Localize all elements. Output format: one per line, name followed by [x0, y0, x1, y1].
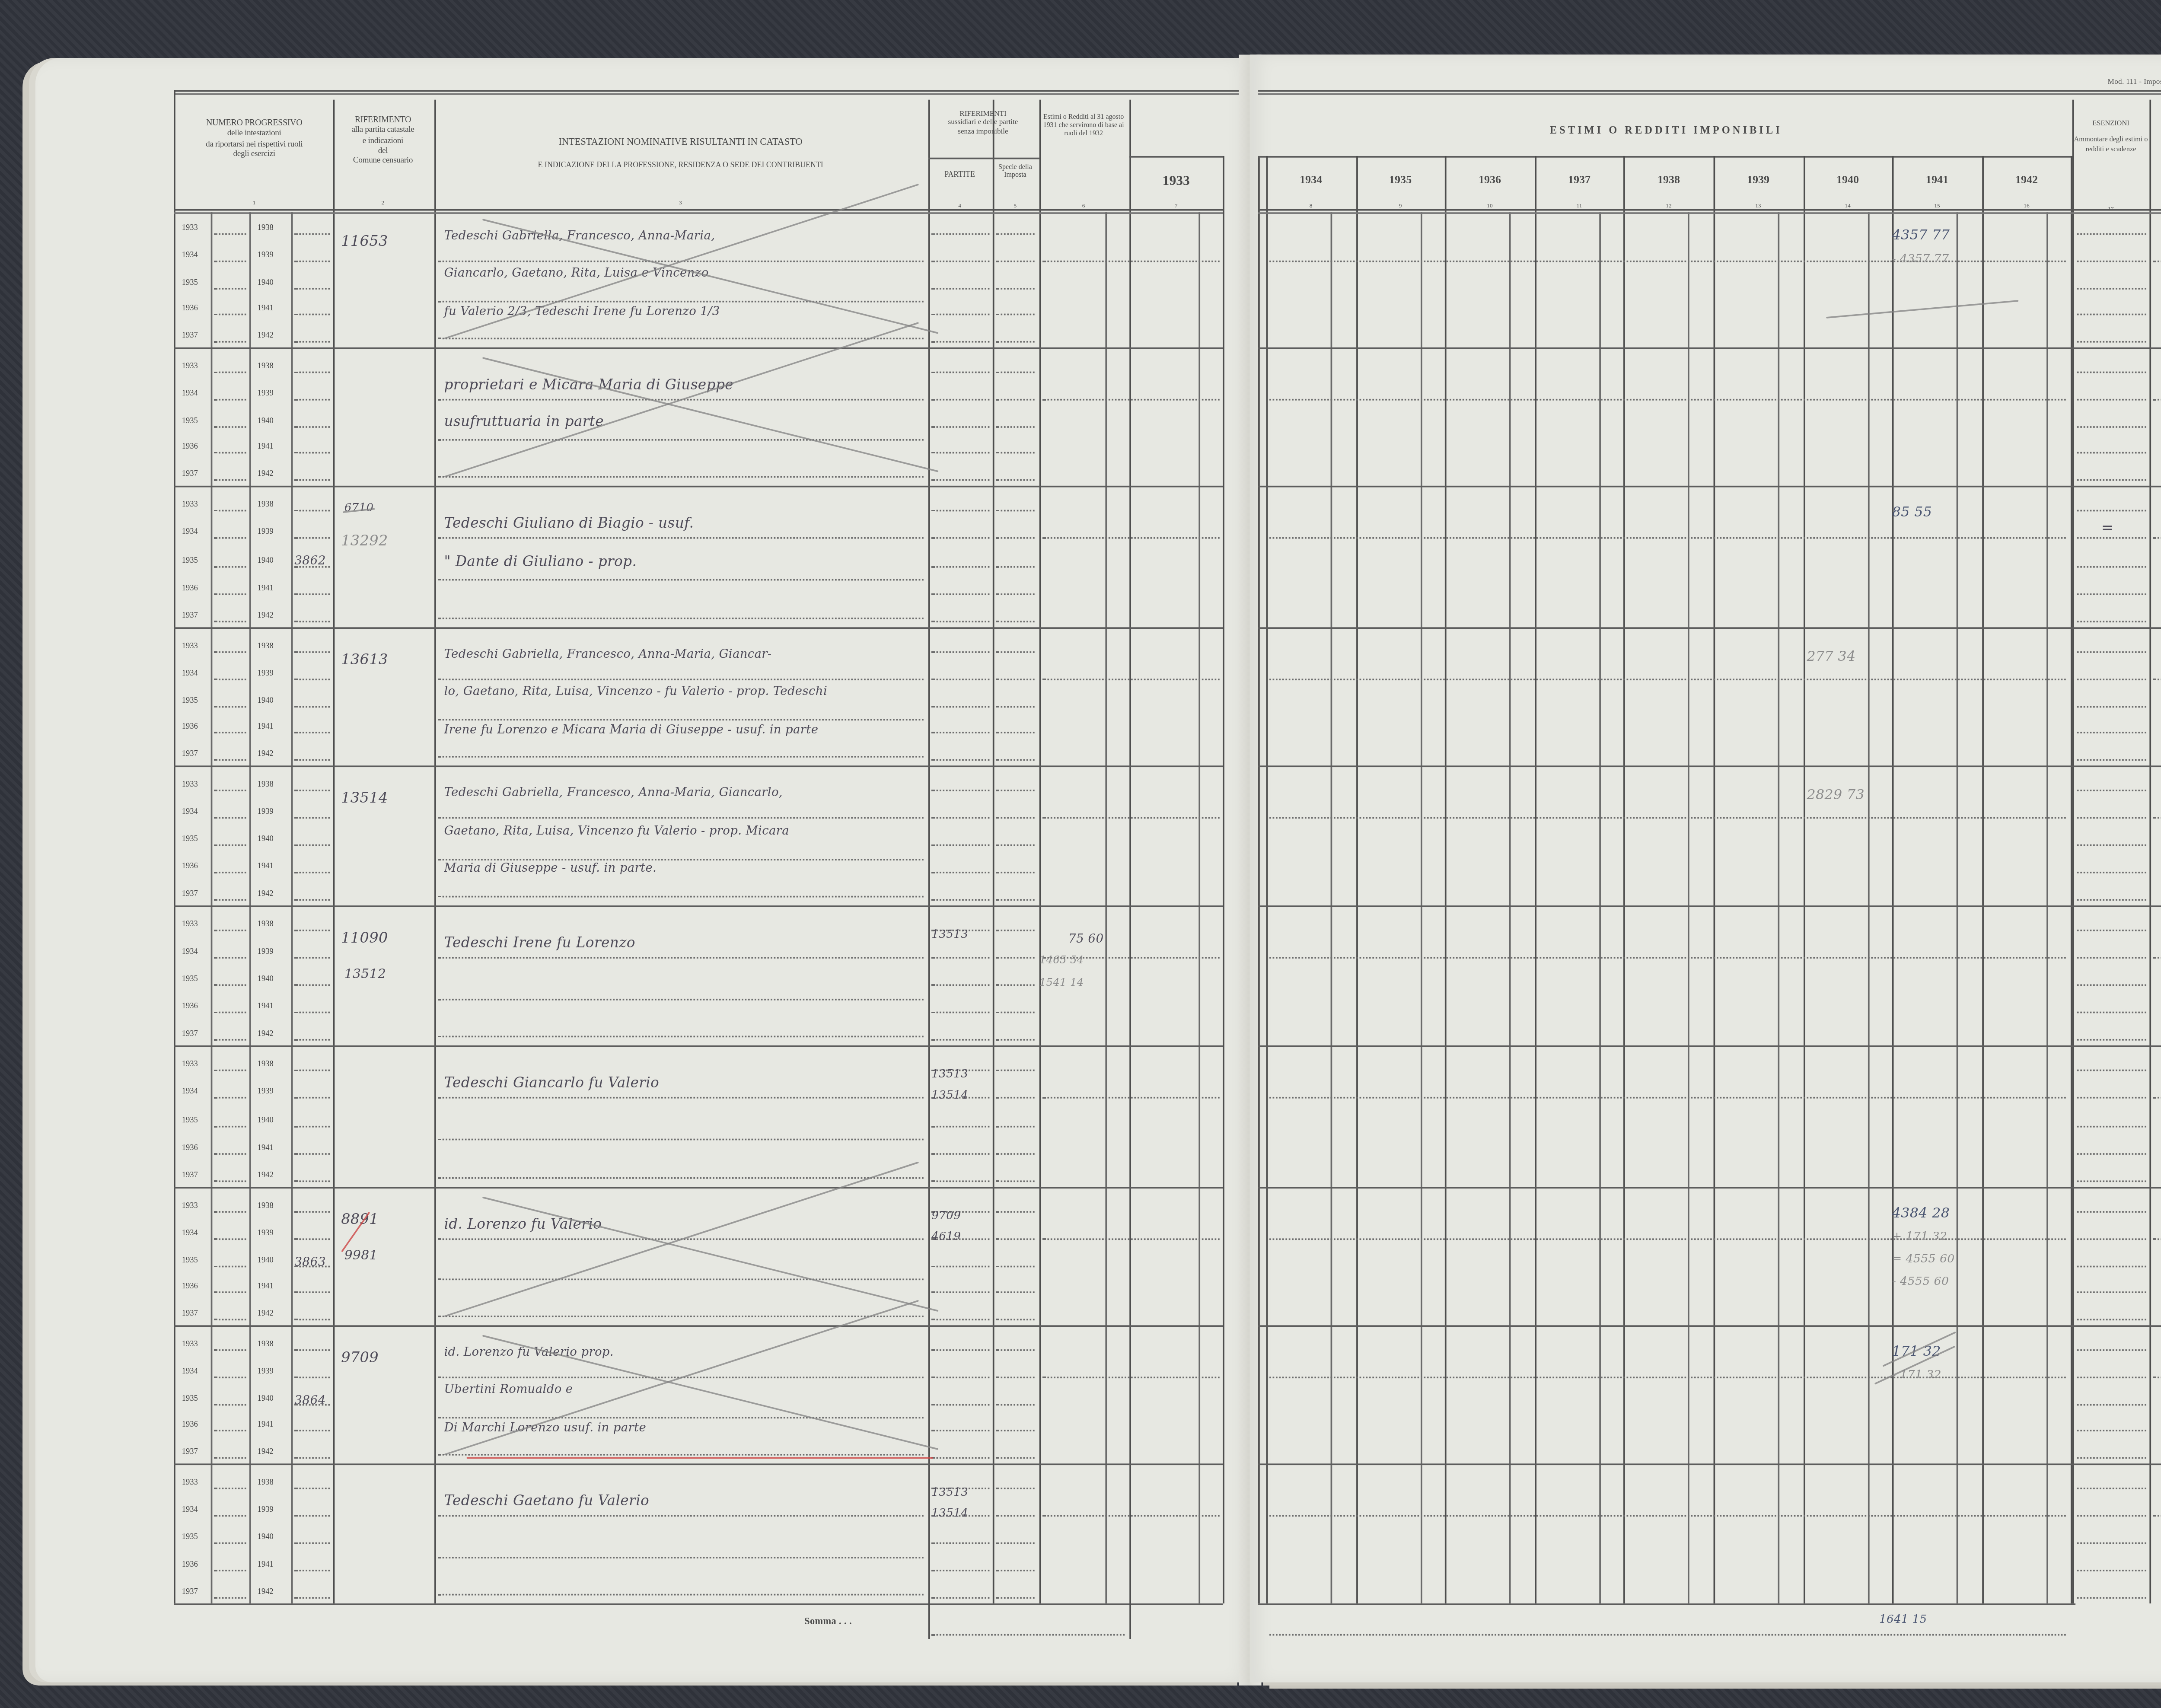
dotted-leader: [931, 1039, 989, 1041]
year-label-right: 1938: [258, 502, 274, 510]
dotted-leader: [214, 398, 246, 400]
dotted-leader: [214, 957, 246, 959]
section-rule-right: [1258, 765, 2161, 767]
dotted-leader: [294, 452, 330, 454]
value-guide: [1042, 260, 1219, 262]
year-label-right: 1941: [258, 1284, 274, 1292]
year-label-right: 1942: [258, 333, 274, 341]
year-label-right: 1939: [258, 1507, 274, 1515]
dotted-leader: [996, 1403, 1034, 1405]
right-page: [1250, 55, 2161, 1683]
year-label-right: 1942: [258, 1311, 274, 1319]
value-1941: 85 55: [1892, 505, 1932, 521]
dotted-leader: [214, 1265, 246, 1267]
year-label-left: 1936: [182, 445, 198, 453]
dotted-leader: [214, 510, 246, 512]
dotted-leader: [996, 957, 1034, 959]
dotted-leader: [2077, 565, 2146, 567]
col5-number: 5: [993, 203, 1038, 209]
text-guide: [438, 618, 924, 619]
year-label-left: 1937: [182, 1589, 198, 1597]
dotted-leader: [931, 621, 989, 623]
dotted-leader: [996, 679, 1034, 680]
year-label-left: 1935: [182, 279, 198, 287]
dotted-leader: [294, 314, 330, 316]
year-label-left: 1933: [182, 502, 198, 510]
partite-ref: 13513: [931, 1486, 968, 1499]
footer-note-1941: 1641 15: [1879, 1613, 1927, 1626]
col4-number: 4: [928, 203, 991, 209]
dotted-leader: [294, 1570, 330, 1571]
year-label-left: 1934: [182, 1368, 198, 1377]
value-guide: [1042, 679, 1219, 680]
dotted-leader: [294, 287, 330, 289]
dotted-leader: [294, 930, 330, 931]
dotted-leader: [2077, 1125, 2146, 1127]
dotted-leader: [2077, 930, 2146, 931]
year-col-number: 14: [1803, 203, 1893, 209]
year-label-right: 1940: [258, 976, 274, 985]
year-label-left: 1936: [182, 1562, 198, 1570]
somma-divider: [928, 1603, 930, 1639]
year-label-left: 1934: [182, 1507, 198, 1515]
year-header-1937: 1937: [1535, 174, 1624, 187]
year-header-1941: 1941: [1892, 174, 1982, 187]
dotted-leader: [214, 790, 246, 791]
year-label-left: 1934: [182, 391, 198, 399]
year-col-number: 10: [1445, 203, 1535, 209]
dotted-leader: [214, 1377, 246, 1378]
section-rule-left: [174, 1187, 1223, 1189]
cents-divider: [1599, 212, 1601, 1603]
dotted-leader: [996, 1039, 1034, 1041]
col17-title: ESENZIONI: [2072, 119, 2150, 127]
dotted-leader: [214, 1457, 246, 1459]
dotted-leader: [996, 538, 1034, 539]
dotted-leader: [996, 341, 1034, 343]
dotted-leader: [294, 1377, 330, 1378]
dotted-leader: [931, 1319, 989, 1321]
year-label-right: 1939: [258, 949, 274, 957]
year-label-left: 1936: [182, 1284, 198, 1292]
dotted-leader: [931, 899, 989, 901]
year-label-right: 1942: [258, 613, 274, 621]
dotted-leader: [214, 1012, 246, 1013]
dotted-leader: [2077, 1292, 2146, 1294]
year-label-right: 1941: [258, 864, 274, 872]
col18-divider: [2149, 100, 2151, 1603]
dotted-leader: [931, 759, 989, 761]
section-rule-left: [174, 627, 1223, 629]
dotted-leader: [2077, 1542, 2146, 1544]
year-label-left: 1936: [182, 1145, 198, 1153]
dotted-leader: [2077, 844, 2146, 846]
dotted-leader: [214, 1597, 246, 1599]
value-guide: [1269, 398, 2066, 400]
dotted-leader: [294, 233, 330, 235]
year-label-right: 1939: [258, 1368, 274, 1377]
dotted-leader: [931, 1403, 989, 1405]
dotted-leader: [931, 314, 989, 316]
dotted-leader: [2077, 679, 2146, 680]
text-guide: [438, 957, 924, 959]
col1-header: NUMERO PROGRESSIVO delle intestazioni da…: [177, 119, 331, 159]
year-label-left: 1935: [182, 836, 198, 844]
dotted-leader: [214, 480, 246, 481]
dotted-leader: [214, 1125, 246, 1127]
value-1941: - 4357 77: [1892, 251, 1949, 265]
section-rule-right: [1258, 905, 2161, 907]
text-guide: [438, 579, 924, 581]
year-col-number: 8: [1266, 203, 1356, 209]
col2-sub-3: del: [333, 146, 433, 156]
col2-header: RIFERIMENTO alla partita catastale e ind…: [333, 116, 433, 166]
dotted-leader: [2077, 733, 2146, 734]
dotted-leader: [214, 593, 246, 595]
year-label-right: 1941: [258, 1562, 274, 1570]
dotted-leader: [2077, 593, 2146, 595]
dotted-leader: [931, 510, 989, 512]
partite-ref: 13513: [931, 928, 968, 941]
somma-label: Somma . . .: [804, 1618, 852, 1628]
cents-divider: [1689, 212, 1690, 1603]
year-col-divider: [1803, 156, 1805, 1603]
dotted-leader: [996, 899, 1034, 901]
col3-title: INTESTAZIONI NOMINATIVE RISULTANTI IN CA…: [434, 138, 927, 150]
year-label-right: 1938: [258, 782, 274, 790]
text-guide: [438, 998, 924, 1000]
text-guide: [438, 858, 924, 860]
dotted-leader: [294, 372, 330, 373]
value-1940: 277 34: [1807, 650, 1855, 666]
year-col-divider: [1535, 156, 1536, 1603]
value-1941: 4384 28: [1892, 1206, 1950, 1222]
dotted-leader: [996, 621, 1034, 623]
value-1940: 2829 73: [1807, 788, 1864, 804]
year-label-left: 1933: [182, 363, 198, 372]
text-guide: [438, 538, 924, 539]
dotted-leader: [931, 233, 989, 235]
dotted-leader: [294, 1039, 330, 1041]
dotted-leader: [294, 480, 330, 481]
dotted-leader: [931, 341, 989, 343]
dotted-leader: [2077, 260, 2146, 262]
entry-name-line: Gaetano, Rita, Luisa, Vincenzo fu Valeri…: [444, 823, 789, 837]
dotted-leader: [214, 1319, 246, 1321]
year-label-left: 1937: [182, 472, 198, 480]
year-col-number: 9: [1356, 203, 1445, 209]
dotted-leader: [214, 1238, 246, 1240]
dotted-leader: [996, 872, 1034, 873]
year-label-right: 1940: [258, 417, 274, 426]
col17-number: 17: [2072, 206, 2150, 212]
year-label-right: 1938: [258, 1342, 274, 1350]
annotation-guide: [2153, 1238, 2161, 1240]
col1-sub-2: da riportarsi nei rispettivi ruoli: [177, 139, 331, 149]
dotted-leader: [294, 985, 330, 986]
right-header-bottom-rule: [1258, 209, 2161, 214]
text-guide: [438, 439, 924, 441]
dotted-leader: [214, 452, 246, 454]
annotation-guide: [2153, 398, 2161, 400]
section-rule-right: [1258, 486, 2161, 488]
year-label-left: 1937: [182, 1450, 198, 1458]
dotted-leader: [931, 817, 989, 819]
col2-sub-1: alla partita catastale: [333, 126, 433, 136]
dotted-leader: [294, 621, 330, 623]
section-rule-right: [1258, 1187, 2161, 1189]
dotted-leader: [2077, 1457, 2146, 1459]
dotted-leader: [931, 372, 989, 373]
dotted-leader: [2077, 651, 2146, 653]
text-guide: [438, 1454, 924, 1456]
right-bottom-rule: [1258, 1603, 2075, 1605]
entry-name-line: Tedeschi Gabriella, Francesco, Anna-Mari…: [444, 228, 715, 242]
left-col-divider: [928, 100, 930, 1603]
year-label-left: 1937: [182, 752, 198, 760]
col17-sub: Ammontare degli estimi o redditi e scade…: [2072, 136, 2150, 153]
year-label-left: 1935: [182, 698, 198, 706]
col45-header: RIFERIMENTI sussidiari e delle partite s…: [928, 109, 1038, 135]
year-label-left: 1936: [182, 864, 198, 872]
year-header-1940: 1940: [1803, 174, 1893, 187]
year-label-left: 1935: [182, 1396, 198, 1404]
dotted-leader: [2077, 480, 2146, 481]
dotted-leader: [2077, 1153, 2146, 1154]
annotation-guide: [2153, 679, 2161, 680]
left-col-divider: [1039, 100, 1041, 1603]
left-col-divider: [434, 100, 436, 1603]
col5-title: Specie della Imposta: [993, 163, 1038, 179]
year-label-right: 1938: [258, 363, 274, 372]
dotted-leader: [2077, 1349, 2146, 1351]
dotted-leader: [294, 1012, 330, 1013]
col4-title: PARTITE: [928, 172, 991, 181]
dotted-leader: [214, 372, 246, 373]
year-col-divider: [211, 212, 213, 1603]
entry-name-line: Ubertini Romualdo e: [444, 1382, 573, 1396]
dotted-leader: [2077, 1097, 2146, 1099]
text-guide: [438, 1594, 924, 1596]
dotted-leader: [2077, 538, 2146, 539]
dotted-leader: [996, 930, 1034, 931]
dotted-leader: [996, 790, 1034, 791]
dotted-leader: [931, 1570, 989, 1571]
year-label-right: 1939: [258, 1230, 274, 1238]
dotted-leader: [2077, 1319, 2146, 1321]
value-1941: - 4555 60: [1892, 1274, 1949, 1288]
dotted-leader: [2077, 314, 2146, 316]
col2-sub-2: e indicazioni: [333, 136, 433, 146]
dotted-leader: [214, 844, 246, 846]
dotted-leader: [2077, 985, 2146, 986]
dotted-leader: [294, 1488, 330, 1489]
col17-divider: [2072, 100, 2074, 1603]
dotted-leader: [996, 510, 1034, 512]
col45-title: RIFERIMENTI: [928, 109, 1038, 118]
year-header-1938: 1938: [1624, 174, 1714, 187]
year-label-right: 1939: [258, 391, 274, 399]
col1-sub-1: delle intestazioni: [177, 129, 331, 139]
entry-name-line: Irene fu Lorenzo e Micara Maria di Giuse…: [444, 722, 818, 736]
left-col-divider: [993, 100, 994, 1603]
dotted-leader: [214, 260, 246, 262]
dotted-leader: [294, 1070, 330, 1071]
text-guide: [438, 679, 924, 680]
col2-number: 2: [333, 199, 433, 206]
dotted-leader: [996, 1070, 1034, 1071]
col7-right-edge: [1223, 156, 1224, 1603]
dotted-leader: [294, 651, 330, 653]
year-label-right: 1942: [258, 1173, 274, 1181]
header-bottom-rule: [174, 209, 1223, 214]
cents-divider: [1198, 212, 1200, 1603]
year-label-right: 1940: [258, 1396, 274, 1404]
year-label-right: 1940: [258, 1117, 274, 1125]
year-label-left: 1933: [182, 644, 198, 652]
dotted-leader: [2077, 233, 2146, 235]
year-label-right: 1939: [258, 670, 274, 679]
cents-divider: [1420, 212, 1422, 1603]
dotted-leader: [214, 1097, 246, 1099]
dotted-leader: [2077, 759, 2146, 761]
dotted-leader: [2077, 287, 2146, 289]
dotted-leader: [996, 1431, 1034, 1432]
dotted-leader: [214, 817, 246, 819]
dotted-leader: [931, 593, 989, 595]
entry-name-line: Tedeschi Gabriella, Francesco, Anna-Mari…: [444, 647, 771, 661]
year-label-left: 1937: [182, 613, 198, 621]
entry-name-line: " Dante di Giuliano - prop.: [444, 555, 637, 571]
dotted-leader: [294, 844, 330, 846]
entry-name-line: Maria di Giuseppe - usuf. in parte.: [444, 861, 657, 875]
dotted-leader: [931, 1457, 989, 1459]
dotted-leader: [2077, 341, 2146, 343]
section-rule-right: [1258, 1325, 2161, 1327]
dotted-leader: [2077, 872, 2146, 873]
red-strike-line: [467, 1457, 934, 1458]
text-guide: [438, 1316, 924, 1317]
col2-title: RIFERIMENTO: [333, 116, 433, 126]
dotted-leader: [2077, 452, 2146, 454]
dotted-leader: [996, 1125, 1034, 1127]
col45-sub-1: sussidiari e delle partite: [928, 118, 1038, 127]
year-label-right: 1940: [258, 1534, 274, 1542]
year-col-divider: [1356, 156, 1358, 1603]
year-label-right: 1938: [258, 225, 274, 233]
entry-name-line: Giancarlo, Gaetano, Rita, Luisa e Vincen…: [444, 266, 708, 280]
dotted-leader: [2077, 621, 2146, 623]
year-label-right: 1939: [258, 252, 274, 261]
dotted-leader: [931, 1597, 989, 1599]
year-label-left: 1935: [182, 558, 198, 566]
value-guide: [1042, 398, 1219, 400]
partite-ref: 13514: [931, 1507, 968, 1520]
dotted-leader: [214, 341, 246, 343]
col6-number: 6: [1039, 203, 1128, 209]
dotted-leader: [294, 593, 330, 595]
dotted-leader: [214, 1292, 246, 1294]
cents-divider: [1778, 212, 1780, 1603]
partite-ref: 13513: [931, 1068, 968, 1081]
col1-sub-3: degli esercizi: [177, 149, 331, 159]
dotted-leader: [996, 1265, 1034, 1267]
dotted-leader: [2077, 372, 2146, 373]
dotted-leader: [294, 1431, 330, 1432]
section-rule-right: [1258, 347, 2161, 349]
year-col-divider: [1714, 156, 1715, 1603]
year-label-left: 1934: [182, 1230, 198, 1238]
section-rule-right: [1258, 1045, 2161, 1047]
year-col-divider: [249, 212, 251, 1603]
year-label-left: 1935: [182, 1534, 198, 1542]
entry-name-line: Tedeschi Gaetano fu Valerio: [444, 1494, 649, 1510]
dotted-leader: [294, 1597, 330, 1599]
col2-sub-4: Comune censuario: [333, 156, 433, 166]
dotted-leader: [996, 1211, 1034, 1213]
year-label-right: 1941: [258, 1422, 274, 1431]
dotted-leader: [996, 314, 1034, 316]
dotted-leader: [931, 260, 989, 262]
dotted-leader: [214, 733, 246, 734]
text-guide: [438, 1515, 924, 1517]
cents-divider: [1105, 212, 1107, 1603]
year-label-right: 1941: [258, 445, 274, 453]
dotted-leader: [931, 1153, 989, 1154]
year-label-right: 1942: [258, 752, 274, 760]
dotted-leader: [996, 1097, 1034, 1099]
value-guide: [1269, 1515, 2066, 1517]
dotted-leader: [931, 679, 989, 680]
dotted-leader: [294, 260, 330, 262]
dotted-leader: [214, 930, 246, 931]
text-guide: [438, 1139, 924, 1141]
dotted-leader: [214, 872, 246, 873]
year-label-left: 1935: [182, 976, 198, 985]
cents-divider: [1868, 212, 1869, 1603]
year-label-left: 1937: [182, 1031, 198, 1039]
dotted-leader: [214, 1515, 246, 1517]
cents-divider: [1510, 212, 1511, 1603]
year-col-divider: [1266, 156, 1268, 1603]
dotted-leader: [931, 480, 989, 481]
year-label-right: 1938: [258, 921, 274, 930]
model-label: Mod. 111 - Imposte Dirette (Intercalare)…: [2108, 77, 2161, 86]
year-label-left: 1936: [182, 585, 198, 593]
dotted-leader: [996, 1457, 1034, 1459]
dotted-leader: [996, 593, 1034, 595]
dotted-leader: [931, 1349, 989, 1351]
dotted-leader: [294, 1515, 330, 1517]
dotted-leader: [294, 1097, 330, 1099]
dotted-leader: [2077, 1377, 2146, 1378]
dotted-leader: [294, 426, 330, 427]
dotted-leader: [214, 1403, 246, 1405]
dotted-leader: [214, 621, 246, 623]
dotted-leader: [294, 1319, 330, 1321]
section-rule-left: [174, 1325, 1223, 1327]
text-guide: [438, 719, 924, 721]
year-col-divider: [1624, 156, 1626, 1603]
year-label-left: 1937: [182, 891, 198, 899]
dotted-leader: [931, 1292, 989, 1294]
year-col-number: 12: [1624, 203, 1714, 209]
estimo-note: 1465 54: [1039, 954, 1084, 967]
col1-number: 1: [177, 199, 331, 206]
year-label-left: 1934: [182, 529, 198, 538]
left-top-border: [174, 90, 1239, 95]
partita-number: 13514: [341, 791, 388, 807]
